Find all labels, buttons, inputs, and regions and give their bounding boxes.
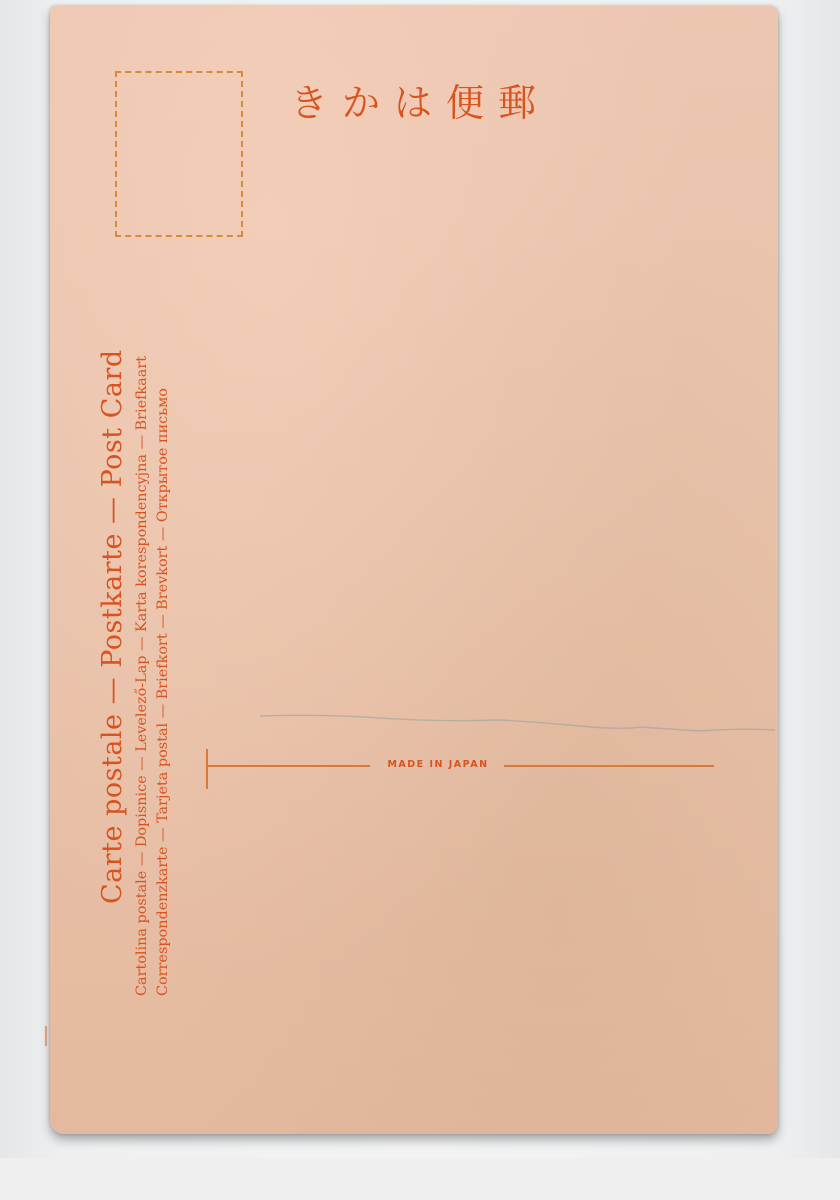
- divider-tick: [206, 749, 208, 789]
- page-bottom-strip: [0, 1158, 840, 1200]
- address-divider: MADE IN JAPAN: [206, 749, 714, 789]
- divider-line-right: [504, 765, 714, 767]
- stamp-placeholder-box: [115, 71, 243, 237]
- multilingual-title-line1: Cartolina postale — Dopisnice — Levelező…: [134, 356, 150, 996]
- japanese-postcard-title: きかは便郵: [290, 72, 550, 127]
- edge-wear-mark: [45, 1026, 47, 1046]
- divider-line-left: [206, 765, 370, 767]
- paper-crease: [200, 696, 780, 746]
- made-in-japan-label: MADE IN JAPAN: [374, 759, 502, 770]
- multilingual-title-line2: Correspondenzkarte — Tarjeta postal — Br…: [155, 388, 171, 996]
- postcard-back: きかは便郵 Carte postale — Postkarte — Post C…: [50, 6, 778, 1134]
- multilingual-title-main: Carte postale — Postkarte — Post Card: [97, 349, 128, 904]
